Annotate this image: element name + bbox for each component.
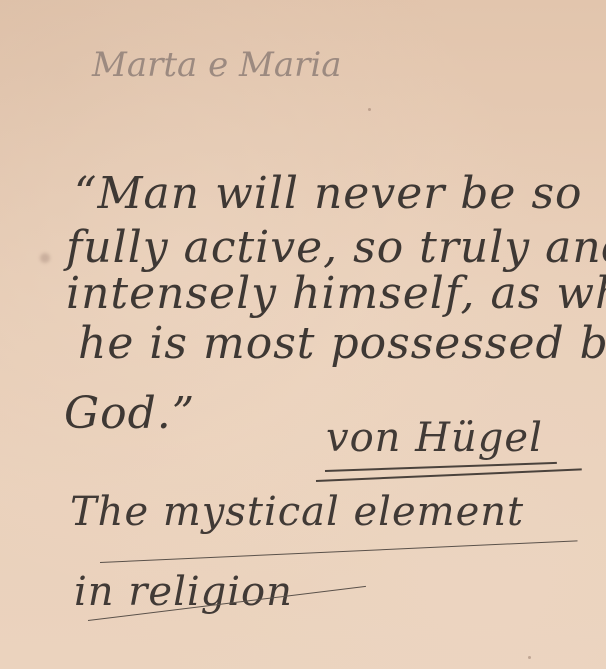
source-underline-1 — [100, 540, 578, 563]
quote-line-4: he is most possessed by — [78, 322, 606, 366]
source-title-line-1: The mystical element — [70, 492, 524, 532]
quote-line-1: “Man will never be so — [74, 172, 583, 216]
quote-line-3: intensely himself, as when — [66, 272, 606, 316]
attribution-author: von Hügel — [326, 418, 543, 458]
paper-speck — [368, 108, 371, 111]
quote-line-5: God.” — [64, 392, 195, 436]
paper-stain — [40, 253, 50, 263]
paper-speck — [528, 656, 531, 659]
handwritten-page: Marta e Maria “Man will never be so full… — [0, 0, 606, 669]
source-title-line-2: in religion — [74, 572, 293, 612]
pencil-heading: Marta e Maria — [92, 48, 342, 82]
quote-line-2: fully active, so truly and — [66, 226, 606, 270]
